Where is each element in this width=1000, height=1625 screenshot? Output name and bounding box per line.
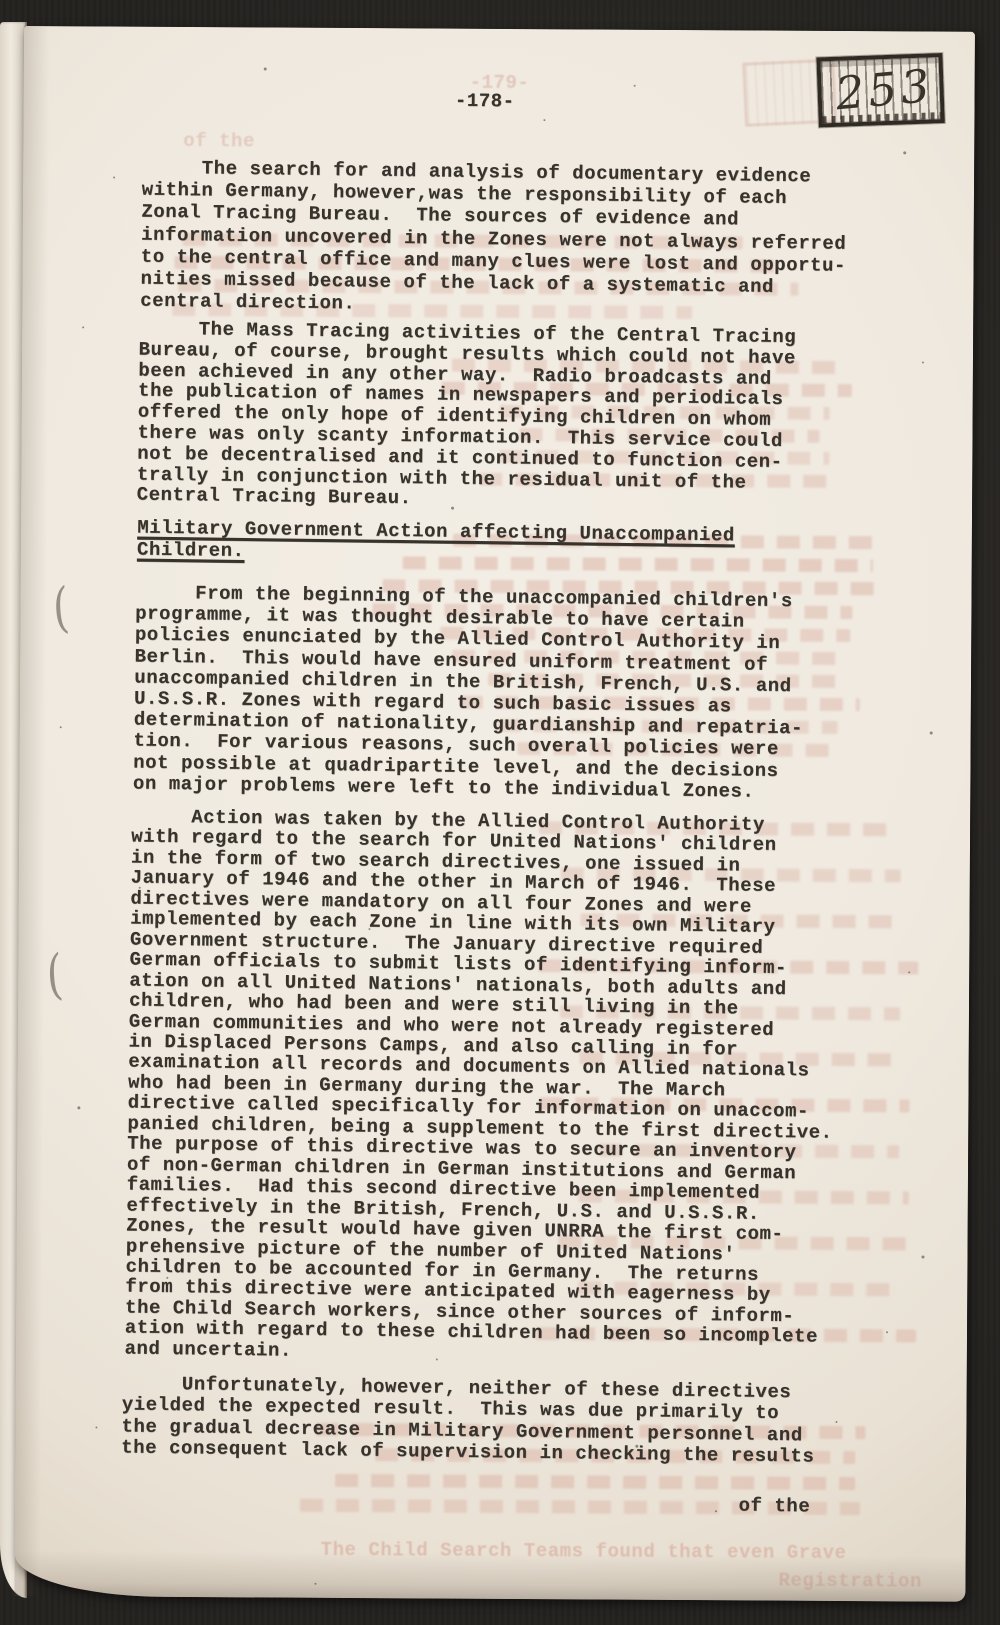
ink-speck: [113, 177, 115, 179]
ink-speck: [543, 169, 545, 171]
ink-speck: [908, 971, 910, 973]
ink-speck: [635, 1445, 638, 1448]
ink-speck: [368, 928, 370, 930]
ink-speck: [543, 119, 545, 121]
document-page: -179- of the 253 -178- The search for an…: [14, 26, 975, 1602]
paragraph: Action was taken by the Allied Control A…: [124, 806, 836, 1367]
ink-speck: [166, 1277, 168, 1279]
ink-speck: [60, 726, 62, 728]
ink-speck: [886, 1331, 888, 1333]
ink-speck: [922, 361, 924, 363]
ink-speck: [77, 1106, 80, 1109]
ink-speck: [95, 1426, 97, 1428]
ink-speck: [139, 887, 141, 889]
ink-speck: [835, 1421, 837, 1423]
paragraph: The Mass Tracing activities of the Centr…: [137, 319, 797, 515]
paragraph: Unfortunately, however, neither of these…: [121, 1373, 815, 1468]
scanned-document: -179- of the 253 -178- The search for an…: [0, 0, 1000, 1625]
catchword: of the: [738, 1496, 810, 1518]
ink-speck: [634, 85, 636, 87]
ink-speck: [903, 151, 906, 154]
page-number: -178-: [455, 91, 515, 113]
ink-speck: [82, 326, 84, 328]
paragraph: From the beginning of the unaccompanied …: [133, 583, 805, 804]
ink-speck: [921, 1256, 924, 1259]
ink-speck: [451, 507, 454, 510]
typed-text-block: -178- The search for and analysis of doc…: [4, 25, 975, 1607]
ink-speck: [436, 1359, 438, 1361]
ink-speck: [930, 732, 933, 735]
paragraph: The search for and analysis of documenta…: [140, 157, 847, 322]
ink-speck: [715, 1510, 717, 1512]
ink-speck: [264, 67, 267, 70]
section-heading: Military Government Action affecting Una…: [137, 517, 735, 569]
page-curl-shadow: [14, 1550, 965, 1602]
